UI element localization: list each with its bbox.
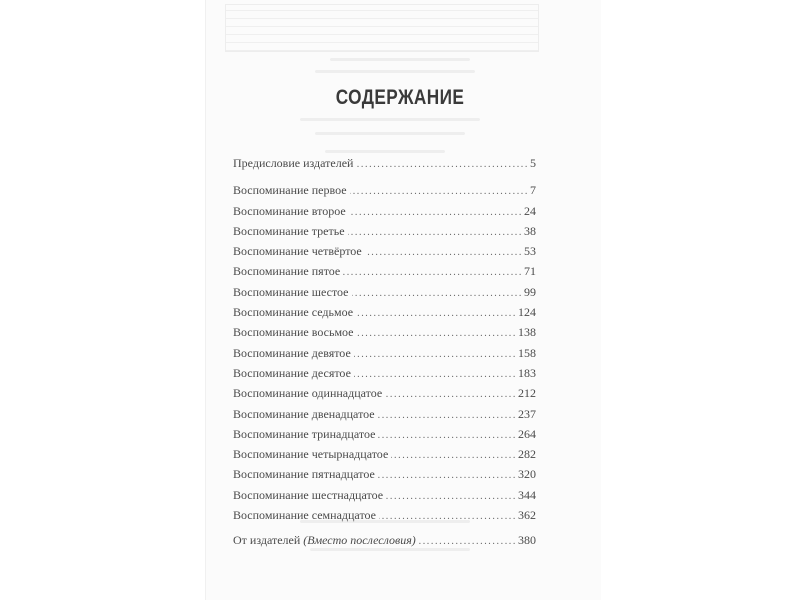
- toc-entry-title: Воспоминание седьмое: [233, 305, 353, 320]
- toc-leader-dots: ........................................…: [385, 389, 517, 400]
- toc-entry[interactable]: Воспоминание четырнадцатое .............…: [233, 447, 536, 467]
- toc-leader-dots: ........................................…: [379, 511, 517, 522]
- toc-leader-dots: ........................................…: [356, 159, 529, 170]
- table-of-contents: Предисловие издателей ..................…: [233, 156, 536, 554]
- toc-leader-dots: ........................................…: [357, 328, 517, 339]
- toc-entry-page: 380: [518, 533, 536, 548]
- toc-entry[interactable]: Воспоминание десятое ...................…: [233, 366, 536, 386]
- bleed-through-line: [325, 150, 445, 153]
- toc-entry-title: Воспоминание шестое: [233, 285, 349, 300]
- toc-entry-page: 5: [530, 156, 536, 171]
- toc-entry-page: 158: [518, 346, 536, 361]
- toc-entry-page: 264: [518, 427, 536, 442]
- toc-entry-page: 53: [524, 244, 536, 259]
- toc-entry-page: 282: [518, 447, 536, 462]
- toc-entry-title: Воспоминание второе: [233, 204, 346, 219]
- toc-leader-dots: ........................................…: [352, 288, 523, 299]
- toc-entry-page: 124: [518, 305, 536, 320]
- toc-entry[interactable]: Воспоминание одиннадцатое ..............…: [233, 386, 536, 406]
- toc-entry-page: 237: [518, 407, 536, 422]
- toc-entry[interactable]: Воспоминание четвёртое .................…: [233, 244, 536, 264]
- toc-leader-dots: ........................................…: [391, 450, 517, 461]
- toc-entry[interactable]: Воспоминание шестнадцатое ..............…: [233, 488, 536, 508]
- toc-leader-dots: ........................................…: [378, 430, 517, 441]
- toc-entry-title: Воспоминание четырнадцатое: [233, 447, 388, 462]
- toc-entry[interactable]: Воспоминание второе ....................…: [233, 204, 536, 224]
- toc-entry[interactable]: Воспоминание шестое ....................…: [233, 285, 536, 305]
- toc-leader-dots: ........................................…: [343, 267, 523, 278]
- toc-entry-title: Воспоминание десятое: [233, 366, 351, 381]
- toc-entry-title: Воспоминание первое: [233, 183, 347, 198]
- toc-entry[interactable]: Воспоминание пятнадцатое ...............…: [233, 467, 536, 487]
- toc-entry-title: Предисловие издателей: [233, 156, 353, 171]
- toc-heading: СОДЕРЖАНИЕ: [72, 86, 728, 110]
- toc-entry[interactable]: Воспоминание тринадцатое ...............…: [233, 427, 536, 447]
- toc-leader-dots: ........................................…: [365, 247, 523, 258]
- toc-leader-dots: ........................................…: [354, 369, 517, 380]
- toc-entry-page: 183: [518, 366, 536, 381]
- toc-entry-page: 138: [518, 325, 536, 340]
- bleed-through-line: [315, 132, 465, 135]
- toc-entry-title: Воспоминание тринадцатое: [233, 427, 375, 442]
- toc-entry-title: Воспоминание семнадцатое: [233, 508, 376, 523]
- toc-entry-title: Воспоминание пятое: [233, 264, 340, 279]
- toc-entry-page: 320: [518, 467, 536, 482]
- toc-entry[interactable]: Предисловие издателей ..................…: [233, 156, 536, 176]
- toc-entry-page: 38: [524, 224, 536, 239]
- toc-leader-dots: ........................................…: [348, 227, 523, 238]
- toc-leader-dots: ........................................…: [350, 186, 529, 197]
- toc-entry-page: 362: [518, 508, 536, 523]
- toc-leader-dots: ........................................…: [378, 410, 517, 421]
- toc-entry[interactable]: Воспоминание восьмое ...................…: [233, 325, 536, 345]
- toc-entry-title: От издателей (Вместо послесловия): [233, 533, 416, 548]
- toc-entry-title: Воспоминание третье: [233, 224, 345, 239]
- toc-entry-title-italic: (Вместо послесловия): [303, 533, 416, 547]
- toc-leader-dots: ........................................…: [378, 470, 517, 481]
- toc-leader-dots: ........................................…: [419, 536, 517, 547]
- toc-entry-title-main: От издателей: [233, 533, 303, 547]
- toc-entry-title: Воспоминание девятое: [233, 346, 351, 361]
- toc-entry-page: 99: [524, 285, 536, 300]
- bleed-through-line: [330, 58, 470, 61]
- toc-entry[interactable]: От издателей (Вместо послесловия) ......…: [233, 533, 536, 553]
- toc-leader-dots: ........................................…: [349, 207, 523, 218]
- toc-entry-title: Воспоминание одиннадцатое: [233, 386, 382, 401]
- toc-entry-title: Воспоминание пятнадцатое: [233, 467, 375, 482]
- bleed-through-line: [300, 118, 480, 121]
- toc-leader-dots: ........................................…: [356, 308, 517, 319]
- bleed-through-imprint-box: [225, 4, 539, 52]
- toc-entry[interactable]: Воспоминание пятое .....................…: [233, 264, 536, 284]
- toc-entry[interactable]: Воспоминание девятое ...................…: [233, 346, 536, 366]
- toc-entry-title: Воспоминание четвёртое: [233, 244, 362, 259]
- toc-entry-title: Воспоминание двенадцатое: [233, 407, 375, 422]
- toc-entry-page: 7: [530, 183, 536, 198]
- toc-entry[interactable]: Воспоминание первое ....................…: [233, 183, 536, 203]
- toc-entry-title: Воспоминание восьмое: [233, 325, 354, 340]
- toc-entry-page: 71: [524, 264, 536, 279]
- toc-leader-dots: ........................................…: [386, 491, 517, 502]
- toc-entry[interactable]: Воспоминание третье ....................…: [233, 224, 536, 244]
- toc-entry[interactable]: Воспоминание седьмое ...................…: [233, 305, 536, 325]
- toc-entry-page: 24: [524, 204, 536, 219]
- toc-entry[interactable]: Воспоминание семнадцатое ...............…: [233, 508, 536, 528]
- toc-leader-dots: ........................................…: [354, 349, 517, 360]
- toc-entry-page: 212: [518, 386, 536, 401]
- toc-entry[interactable]: Воспоминание двенадцатое ...............…: [233, 407, 536, 427]
- toc-entry-page: 344: [518, 488, 536, 503]
- bleed-through-line: [315, 70, 475, 73]
- toc-entry-title: Воспоминание шестнадцатое: [233, 488, 383, 503]
